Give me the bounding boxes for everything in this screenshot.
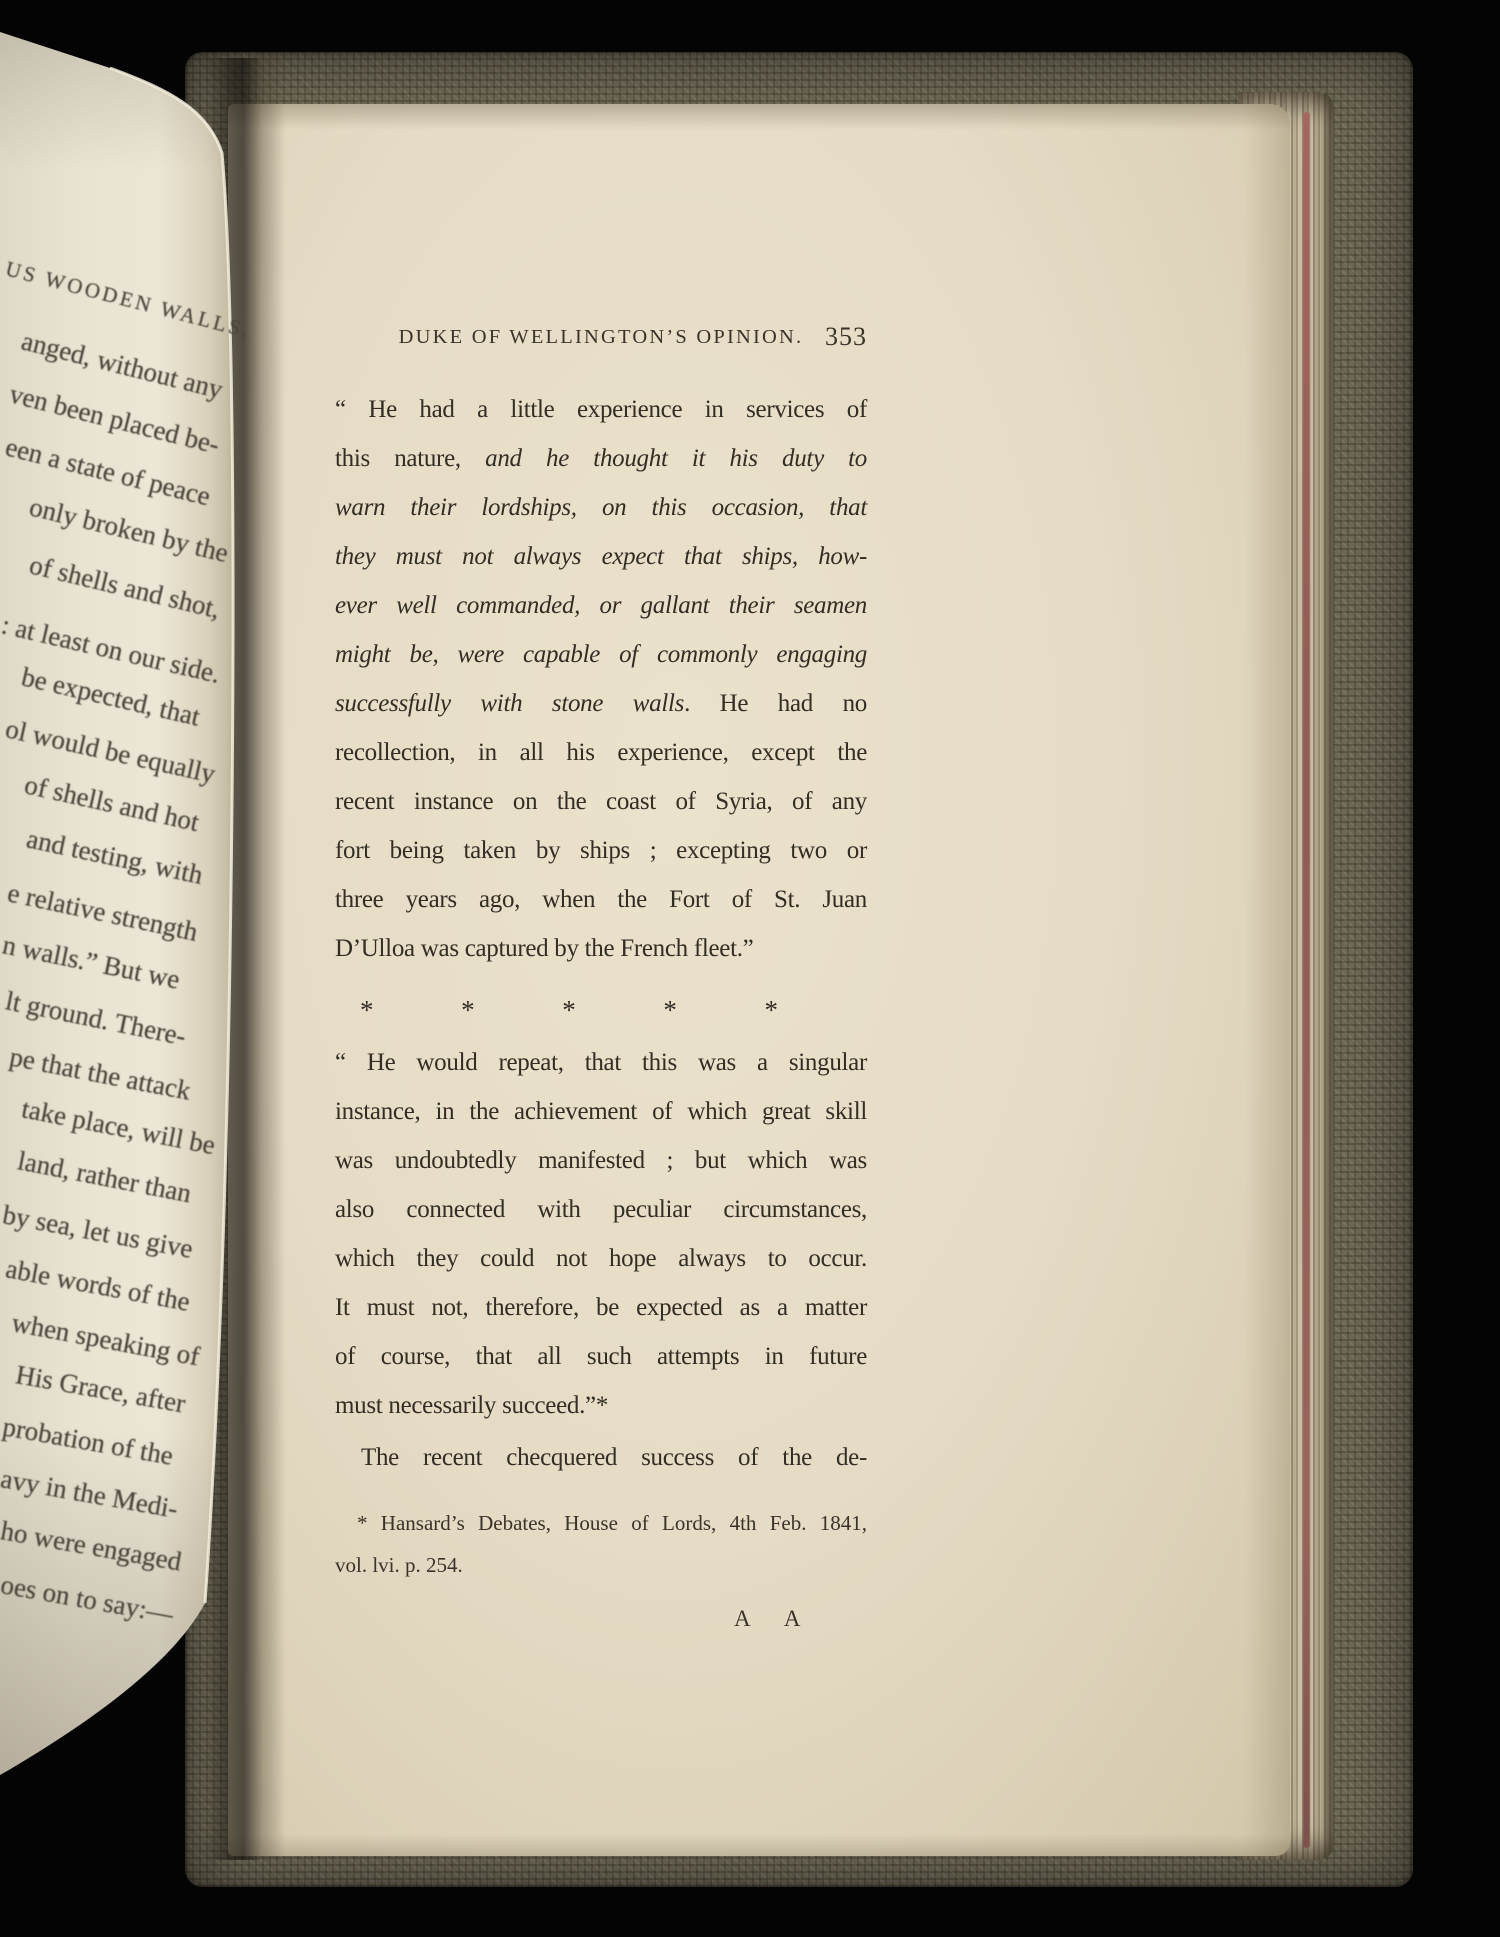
- left-page-text-fragment: probation of the: [1, 1413, 176, 1470]
- left-page-text-fragment: ho were engaged: [0, 1517, 183, 1575]
- left-page-text-fragment: able words of the: [4, 1255, 192, 1316]
- left-page-text-fragment: lt ground. There-: [3, 987, 188, 1050]
- left-page-text-fragment: of shells and shot,: [27, 551, 223, 623]
- left-page-text-fragment: and testing, with: [24, 825, 205, 889]
- left-page-text-fragment: by sea, let us give: [1, 1201, 195, 1263]
- left-page-text-fragment: when speaking of: [10, 1309, 202, 1370]
- left-page-text-fragment: oes on to say:—: [0, 1571, 175, 1628]
- left-page-text-fragment: n walls.” But we: [0, 931, 182, 993]
- left-page-text: US WOODEN WALLS. anged, without any ven …: [0, 0, 1500, 1937]
- left-page-text-fragment: His Grace, after: [14, 1361, 188, 1417]
- left-page-text-fragment: land, rather than: [15, 1147, 193, 1207]
- left-page-text-fragment: avy in the Medi-: [0, 1465, 180, 1523]
- book-photo: DUKE OF WELLINGTON’S OPINION. 353 “ He h…: [0, 0, 1500, 1937]
